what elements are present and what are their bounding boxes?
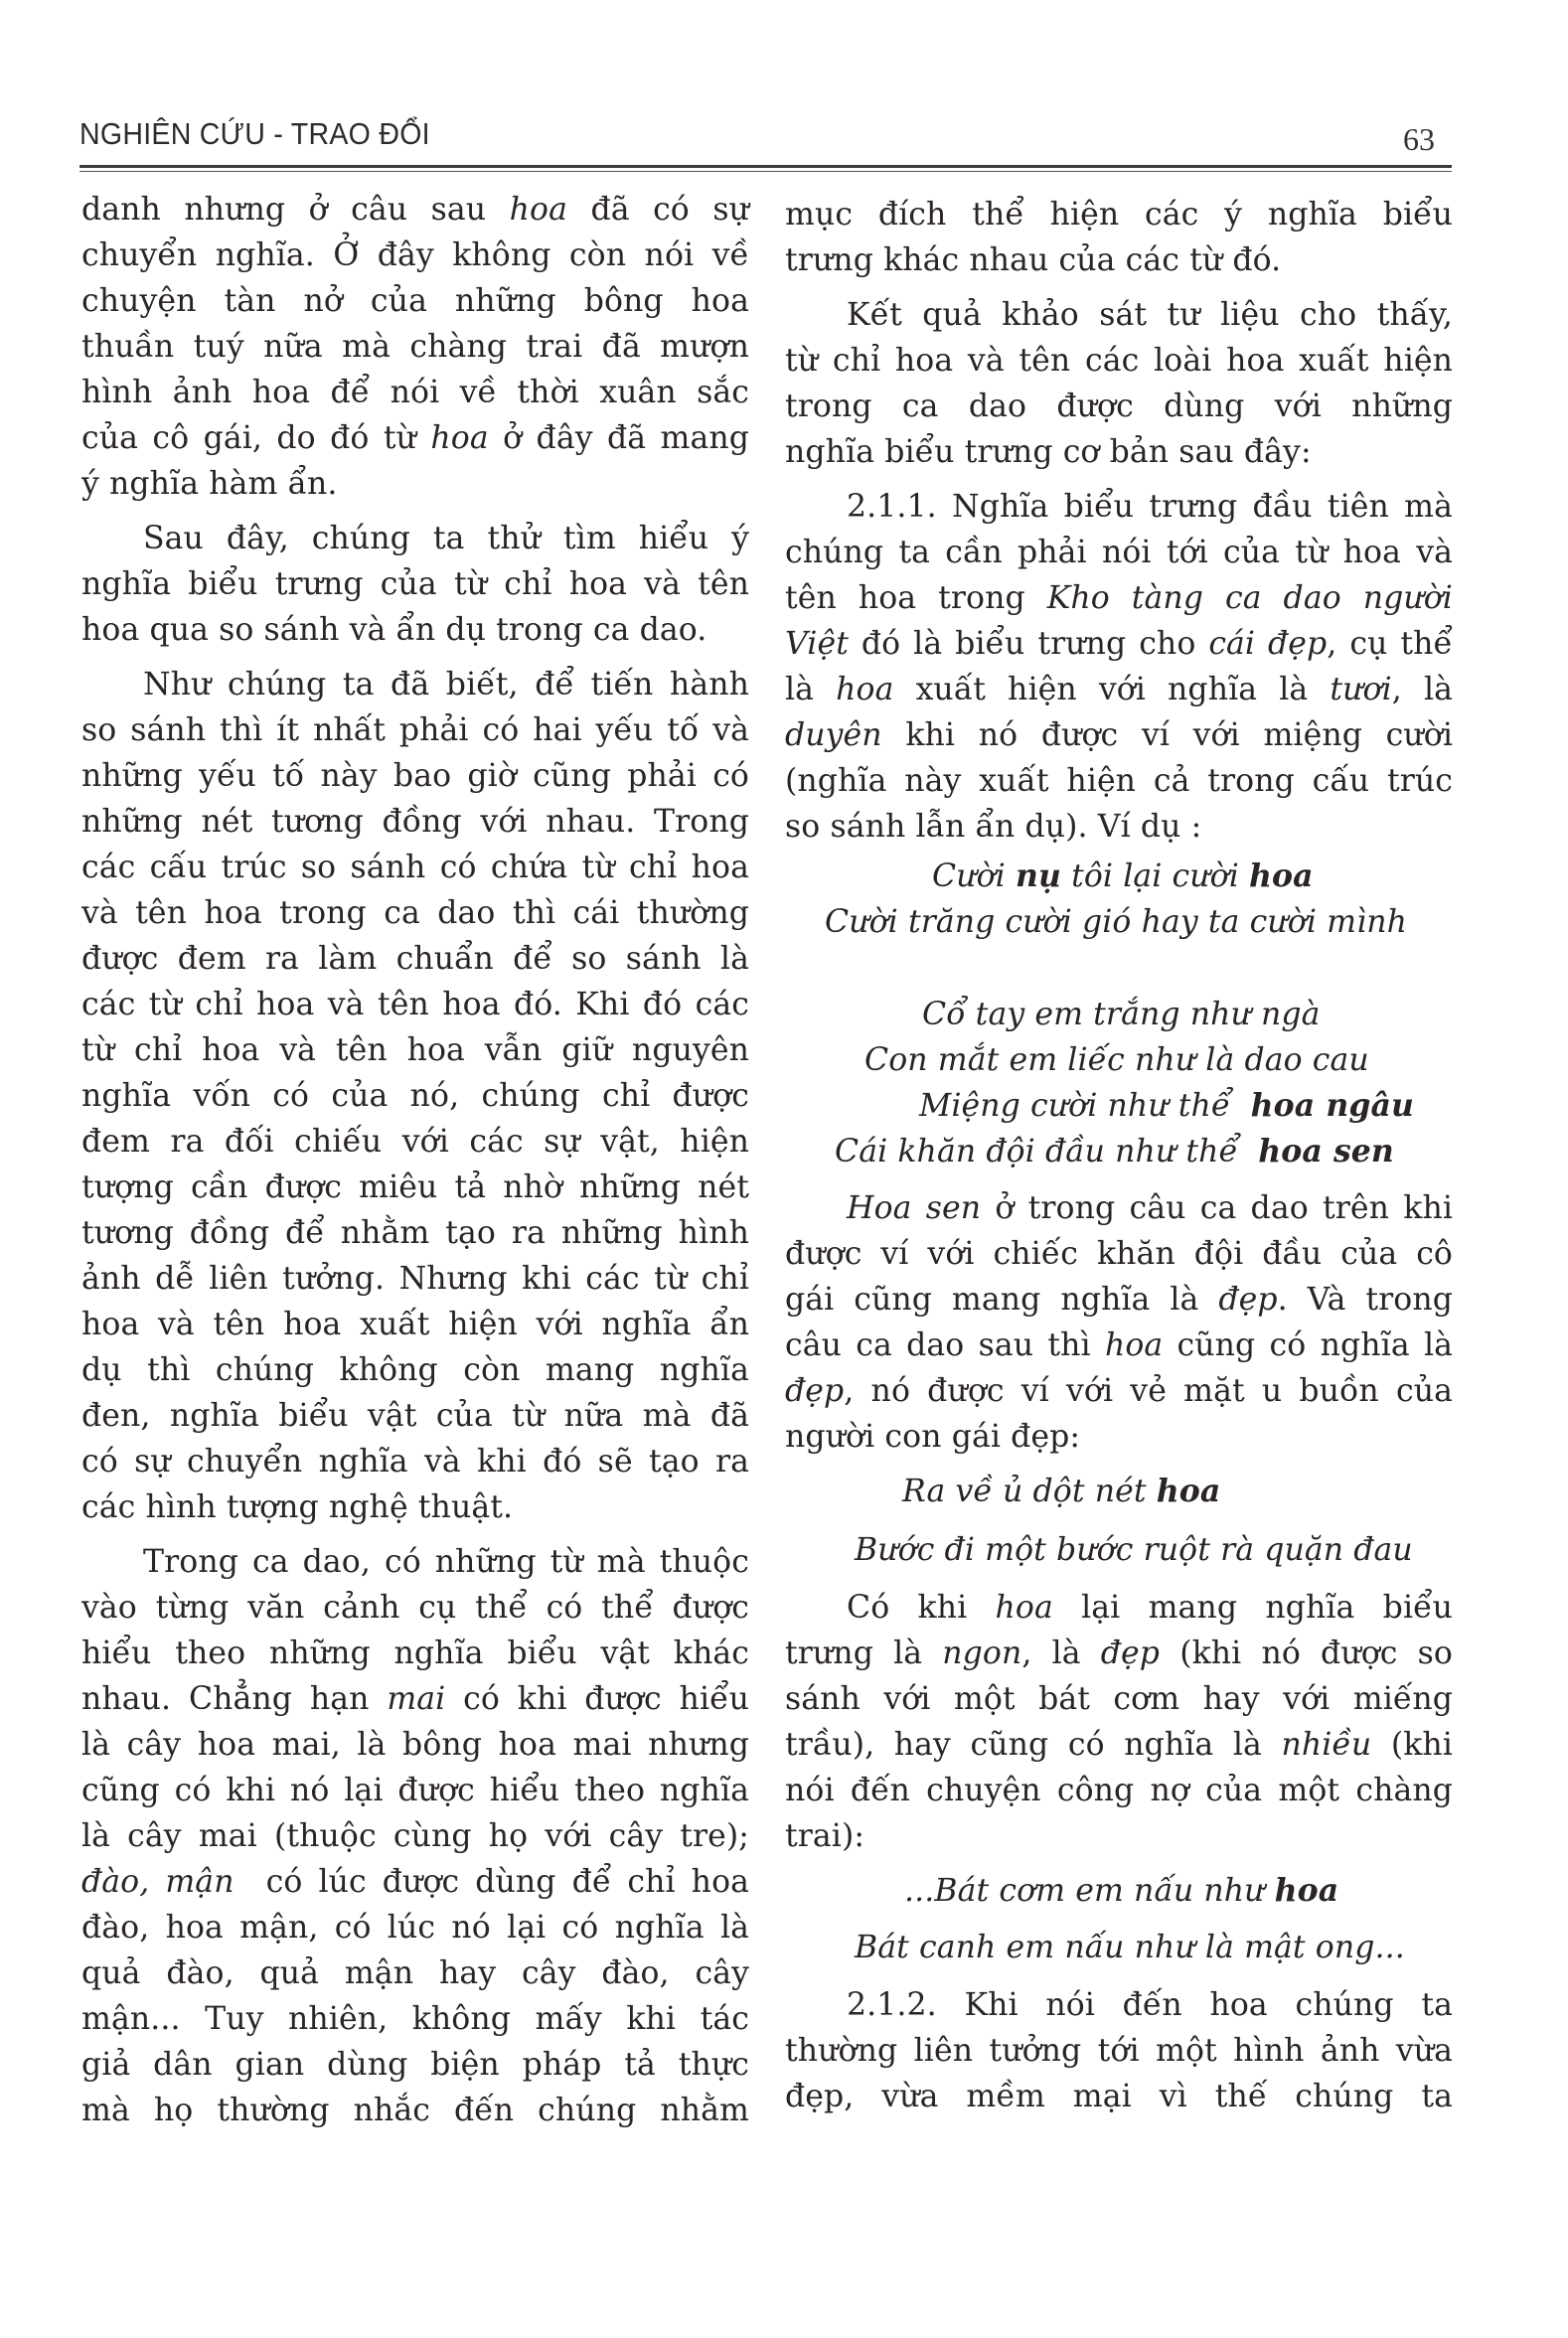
text-line: ý nghĩa hàm ẩn. (81, 464, 749, 504)
text-line: từ chỉ hoa và tên hoa vẫn giữ nguyên (81, 1030, 749, 1070)
text-line: dụ thì chúng không còn mang nghĩa (81, 1350, 749, 1390)
text-line: từ chỉ hoa và tên các loài hoa xuất hiện (785, 341, 1453, 381)
verse-line: Bước đi một bước ruột rà quặn đau (855, 1530, 1413, 1570)
verse-line: Con mắt em liếc như là dao cau (864, 1040, 1369, 1080)
text-line: trầu), hay cũng có nghĩa là nhiều (khi (785, 1725, 1453, 1765)
text-line: trai): (785, 1816, 1453, 1856)
text-line: và tên hoa trong ca dao thì cái thường (81, 893, 749, 933)
text-line: Hoa sen ở trong câu ca dao trên khi (847, 1188, 1453, 1228)
text-line: vào từng văn cảnh cụ thể có thể được (81, 1588, 749, 1628)
text-line: được đem ra làm chuẩn để so sánh là (81, 939, 749, 979)
text-line: thường liên tưởng tới một hình ảnh vừa (785, 2031, 1453, 2071)
text-line: mận... Tuy nhiên, không mấy khi tác (81, 1999, 749, 2039)
text-line: nói đến chuyện công nợ của một chàng (785, 1771, 1453, 1810)
text-line: có sự chuyển nghĩa và khi đó sẽ tạo ra (81, 1442, 749, 1481)
text-line: tương đồng để nhằm tạo ra những hình (81, 1213, 749, 1253)
text-line: nghĩa biểu trưng cơ bản sau đây: (785, 432, 1453, 472)
text-line: đào, mận có lúc được dùng để chỉ hoa (81, 1862, 749, 1902)
text-line: danh nhưng ở câu sau hoa đã có sự (81, 190, 749, 230)
text-line: sánh với một bát cơm hay với miếng (785, 1679, 1453, 1719)
text-line: là hoa xuất hiện với nghĩa là tươi, là (785, 670, 1453, 709)
text-line: đẹp, nó được ví với vẻ mặt u buồn của (785, 1371, 1453, 1411)
verse-line: ...Bát cơm em nấu như hoa (904, 1871, 1338, 1911)
text-line: quả đào, quả mận hay cây đào, cây (81, 1953, 749, 1993)
text-line: các từ chỉ hoa và tên hoa đó. Khi đó các (81, 985, 749, 1024)
section-title: NGHIÊN CỨU - TRAO ĐỔI (79, 116, 430, 152)
text-line: tên hoa trong Kho tàng ca dao người (785, 578, 1453, 618)
text-line: trong ca dao được dùng với những (785, 387, 1453, 426)
text-line: đẹp, vừa mềm mại vì thế chúng ta (785, 2077, 1453, 2116)
text-line: người con gái đẹp: (785, 1417, 1453, 1457)
header-rule-thin (79, 171, 1452, 172)
text-line: mà họ thường nhắc đến chúng nhằm (81, 2091, 749, 2130)
text-line: ảnh dễ liên tưởng. Nhưng khi các từ chỉ (81, 1259, 749, 1299)
text-line: Việt đó là biểu trưng cho cái đẹp, cụ th… (785, 624, 1453, 664)
text-line: của cô gái, do đó từ hoa ở đây đã mang (81, 418, 749, 458)
text-line: trưng khác nhau của các từ đó. (785, 240, 1453, 280)
text-line: là cây hoa mai, là bông hoa mai nhưng (81, 1725, 749, 1765)
text-line: tượng cần được miêu tả nhờ những nét (81, 1168, 749, 1207)
text-line: thuần tuý nữa mà chàng trai đã mượn (81, 327, 749, 367)
text-line: Kết quả khảo sát tư liệu cho thấy, (847, 295, 1453, 335)
text-line: đen, nghĩa biểu vật của từ nữa mà đã (81, 1396, 749, 1436)
text-line: gái cũng mang nghĩa là đẹp. Và trong (785, 1280, 1453, 1320)
text-line: so sánh lẫn ẩn dụ). Ví dụ : (785, 807, 1453, 847)
text-line: những yếu tố này bao giờ cũng phải có (81, 756, 749, 796)
text-line: các cấu trúc so sánh có chứa từ chỉ hoa (81, 848, 749, 887)
verse-line: Ra về ủ dột nét hoa (902, 1472, 1220, 1511)
verse-line: Cười trăng cười gió hay ta cười mình (825, 902, 1407, 942)
text-line: nghĩa vốn có của nó, chúng chỉ được (81, 1076, 749, 1116)
text-line: so sánh thì ít nhất phải có hai yếu tố v… (81, 710, 749, 750)
text-line: câu ca dao sau thì hoa cũng có nghĩa là (785, 1325, 1453, 1365)
text-line: được ví với chiếc khăn đội đầu của cô (785, 1234, 1453, 1274)
text-line: 2.1.2. Khi nói đến hoa chúng ta (847, 1985, 1453, 2025)
text-line: những nét tương đồng với nhau. Trong (81, 802, 749, 842)
verse-line: Cái khăn đội đầu như thể hoa sen (835, 1132, 1394, 1171)
text-line: giả dân gian dùng biện pháp tả thực (81, 2045, 749, 2085)
text-line: duyên khi nó được ví với miệng cười (785, 715, 1453, 755)
text-line: Có khi hoa lại mang nghĩa biểu (847, 1588, 1453, 1628)
text-line: chúng ta cần phải nói tới của từ hoa và (785, 533, 1453, 572)
text-line: mục đích thể hiện các ý nghĩa biểu (785, 195, 1453, 234)
text-line: hình ảnh hoa để nói về thời xuân sắc (81, 373, 749, 412)
text-line: trưng là ngon, là đẹp (khi nó được so (785, 1634, 1453, 1673)
text-line: Như chúng ta đã biết, để tiến hành (143, 665, 749, 704)
verse-line: Bát canh em nấu như là mật ong... (855, 1928, 1405, 1967)
text-line: đào, hoa mận, có lúc nó lại có nghĩa là (81, 1908, 749, 1948)
text-line: cũng có khi nó lại được hiểu theo nghĩa (81, 1771, 749, 1810)
header-rule-thick (79, 165, 1452, 168)
text-line: chuyển nghĩa. Ở đây không còn nói về (81, 235, 749, 275)
text-line: các hình tượng nghệ thuật. (81, 1487, 749, 1527)
text-line: chuyện tàn nở của những bông hoa (81, 281, 749, 321)
verse-line: Miệng cười như thể hoa ngâu (919, 1086, 1414, 1126)
text-line: là cây mai (thuộc cùng họ với cây tre); (81, 1816, 749, 1856)
text-line: Trong ca dao, có những từ mà thuộc (143, 1542, 749, 1582)
text-line: đem ra đối chiếu với các sự vật, hiện (81, 1122, 749, 1162)
text-line: hoa qua so sánh và ẩn dụ trong ca dao. (81, 610, 749, 650)
verse-line: Cười nụ tôi lại cười hoa (932, 857, 1314, 896)
verse-line: Cổ tay em trắng như ngà (922, 995, 1321, 1034)
text-line: hiểu theo những nghĩa biểu vật khác (81, 1634, 749, 1673)
text-line: nghĩa biểu trưng của từ chỉ hoa và tên (81, 564, 749, 604)
text-line: nhau. Chẳng hạn mai có khi được hiểu (81, 1679, 749, 1719)
text-line: 2.1.1. Nghĩa biểu trưng đầu tiên mà (847, 487, 1453, 527)
text-line: Sau đây, chúng ta thử tìm hiểu ý (143, 519, 749, 558)
text-line: (nghĩa này xuất hiện cả trong cấu trúc (785, 761, 1453, 801)
text-line: hoa và tên hoa xuất hiện với nghĩa ẩn (81, 1305, 749, 1344)
page-number: 63 (1403, 121, 1435, 158)
